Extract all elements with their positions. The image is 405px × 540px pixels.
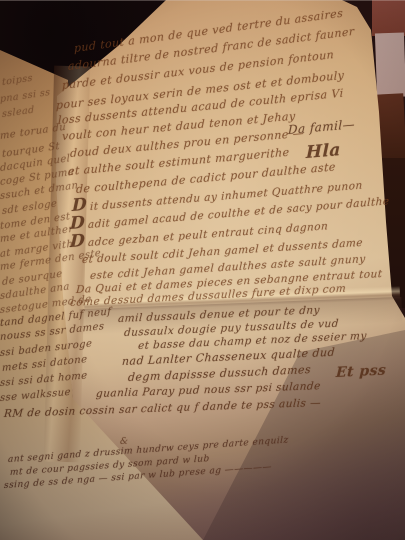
manuscript-line: & bbox=[120, 436, 129, 447]
manuscript-line: me torua du bbox=[0, 122, 66, 142]
manuscript-line: Et pss bbox=[336, 362, 387, 381]
manuscript-line: sse walkssue bbox=[0, 387, 71, 404]
photo-top-edge bbox=[0, 0, 405, 1]
manuscript-photo: toipsspna ssi ssssleadme torua dutourque… bbox=[0, 0, 405, 540]
manuscript-line: RM de dosin cossin sar calict qu f dande… bbox=[4, 397, 322, 420]
manuscript-line: toipss bbox=[2, 73, 33, 88]
handwritten-text-layer: toipsspna ssi ssssleadme torua dutourque… bbox=[0, 0, 405, 540]
manuscript-line: ssi ssi dat home bbox=[0, 370, 88, 389]
manuscript-line: pna ssi ss bbox=[0, 87, 51, 105]
manuscript-line: D bbox=[70, 231, 86, 252]
manuscript-line: sslead bbox=[2, 104, 35, 120]
